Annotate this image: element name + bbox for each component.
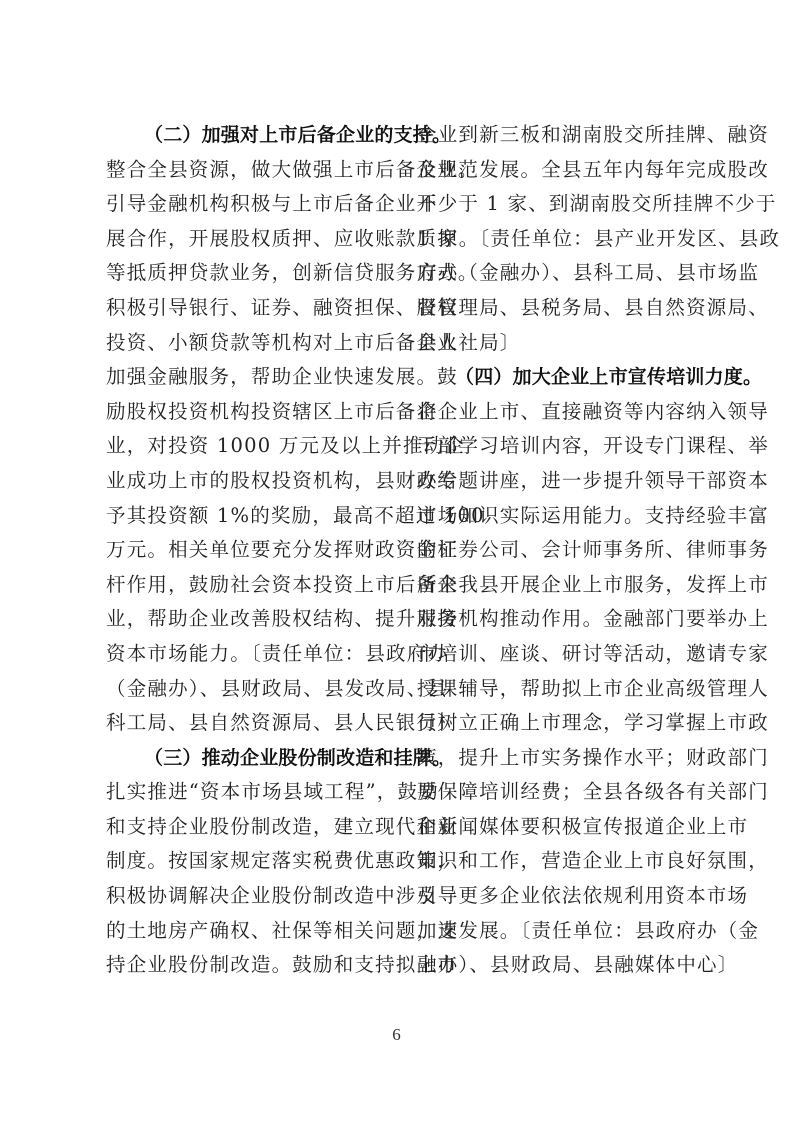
paragraph-line: 所来我县开展企业上市服务，发挥上市 (417, 568, 697, 603)
paragraph-line: 科工局、县自然资源局、县人民银行〕 (106, 706, 386, 741)
paragraph-line: 扎实推进“资本市场县域工程”，鼓励 (106, 775, 386, 810)
section-heading: （三）推动企业股份制改造和挂牌。 (106, 741, 386, 776)
paragraph-line: 等抵质押贷款业务，创新信贷服务方式。 (106, 256, 386, 291)
paragraph-line: 知识和工作，营造企业上市良好氛围， (417, 844, 697, 879)
paragraph-line: 的土地房产确权、社保等相关问题，支 (106, 914, 386, 949)
left-column: （二）加强对上市后备企业的支持。整合全县资源，做大做强上市后备企业。引导金融机构… (106, 118, 386, 983)
paragraph-line: 杆作用，鼓励社会资本投资上市后备企 (106, 568, 386, 603)
paragraph-line: 加速发展。〔责任单位：县政府办（金 (417, 914, 697, 949)
paragraph-line: 万元。相关单位要充分发挥财政资金杠 (106, 533, 386, 568)
paragraph-line: 引导更多企业依法依规利用资本市场 (417, 879, 697, 914)
paragraph-line: 不少于 1 家、到湖南股交所挂牌不少于 (417, 187, 697, 222)
paragraph-line: 企业到新三板和湖南股交所挂牌、融资 (417, 118, 697, 153)
paragraph-line: 予其投资额 1%的奖励，最高不超过 100 (106, 499, 386, 534)
paragraph-line: 干部学习培训内容，开设专门课程、举 (417, 429, 697, 464)
right-column: 企业到新三板和湖南股交所挂牌、融资及规范发展。全县五年内每年完成股改不少于 1 … (417, 118, 697, 983)
paragraph-line: 业成功上市的股权投资机构，县财政给 (106, 464, 386, 499)
paragraph-line: 市场知识实际运用能力。支持经验丰富 (417, 499, 697, 534)
paragraph-line: 积极协调解决企业股份制改造中涉及 (106, 879, 386, 914)
paragraph-line: 融办）、县财政局、县融媒体中心〕 (417, 948, 697, 983)
paragraph-line: 府办（金融办）、县科工局、县市场监 (417, 256, 697, 291)
paragraph-line: 的证券公司、会计师事务所、律师事务 (417, 533, 697, 568)
paragraph-line: 投资、小额贷款等机构对上市后备企业 (106, 326, 386, 361)
paragraph-line: 要保障培训经费；全县各级各有关部门 (417, 775, 697, 810)
paragraph-line: 制度。按国家规定落实税费优惠政策， (106, 844, 386, 879)
paragraph-line: 整合全县资源，做大做强上市后备企业。 (106, 153, 386, 188)
page-number: 6 (0, 1025, 793, 1045)
paragraph-line: 加强金融服务，帮助企业快速发展。鼓 (106, 360, 386, 395)
paragraph-line: 和支持企业股份制改造，建立现代企业 (106, 810, 386, 845)
paragraph-line: 展合作，开展股权质押、应收账款质押 (106, 222, 386, 257)
paragraph-line: 业，帮助企业改善股权结构、提升对接 (106, 602, 386, 637)
paragraph-line: （金融办）、县财政局、县发改局、县 (106, 672, 386, 707)
paragraph-line: 策，提升上市实务操作水平；财政部门 (417, 741, 697, 776)
paragraph-line: 员树立正确上市理念，学习掌握上市政 (417, 706, 697, 741)
paragraph-line: 督管理局、县税务局、县自然资源局、 (417, 291, 697, 326)
paragraph-line: 服务机构推动作用。金融部门要举办上 (417, 602, 697, 637)
paragraph-line: 县人社局〕 (417, 326, 697, 361)
paragraph-line: 积极引导银行、证券、融资担保、股权 (106, 291, 386, 326)
section-heading: （四）加大企业上市宣传培训力度。 (417, 360, 697, 395)
paragraph-line: 市培训、座谈、研讨等活动，邀请专家 (417, 637, 697, 672)
paragraph-line: 和新闻媒体要积极宣传报道企业上市 (417, 810, 697, 845)
paragraph-line: 持企业股份制改造。鼓励和支持拟上市 (106, 948, 386, 983)
paragraph-line: 励股权投资机构投资辖区上市后备企 (106, 395, 386, 430)
paragraph-line: 办专题讲座，进一步提升领导干部资本 (417, 464, 697, 499)
paragraph-line: 及规范发展。全县五年内每年完成股改 (417, 153, 697, 188)
paragraph-line: 将企业上市、直接融资等内容纳入领导 (417, 395, 697, 430)
paragraph-line: 1 家。〔责任单位：县产业开发区、县政 (417, 222, 697, 257)
paragraph-line: 业，对投资 1000 万元及以上并推动企 (106, 429, 386, 464)
paragraph-line: 授课辅导，帮助拟上市企业高级管理人 (417, 672, 697, 707)
paragraph-line: 引导金融机构积极与上市后备企业开 (106, 187, 386, 222)
section-heading: （二）加强对上市后备企业的支持。 (106, 118, 386, 153)
paragraph-line: 资本市场能力。〔责任单位：县政府办 (106, 637, 386, 672)
